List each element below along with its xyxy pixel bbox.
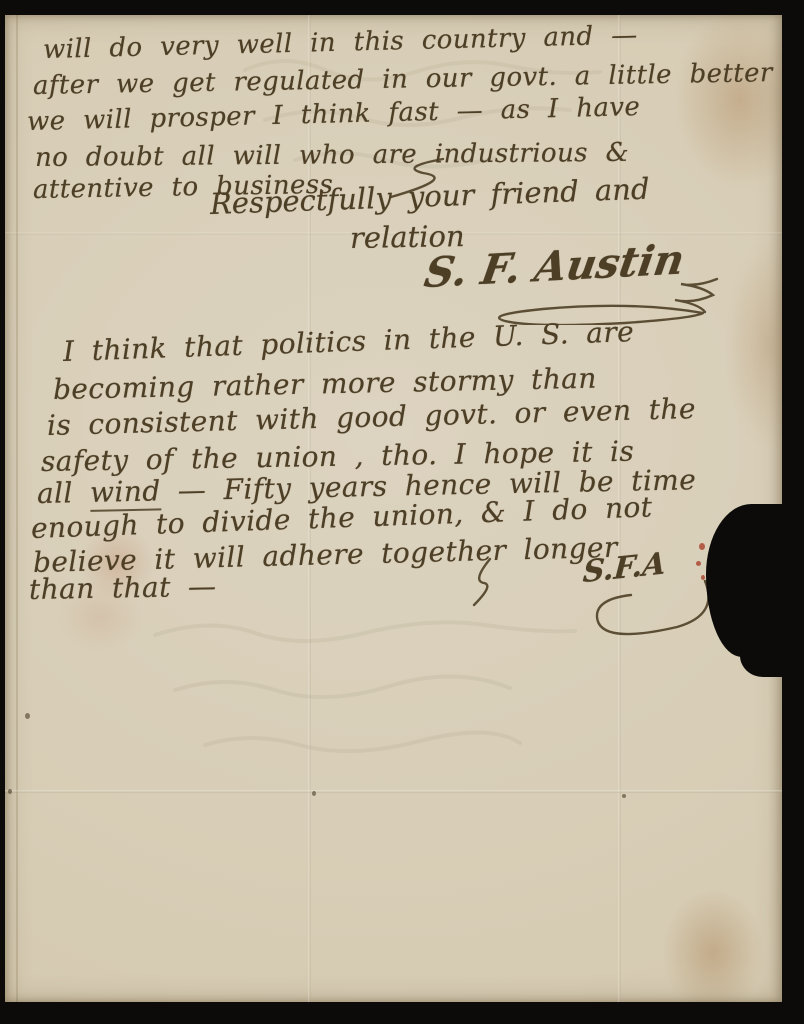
postscript-line: I think that politics in the U. S. are — [62, 315, 634, 368]
wax-residue-speck — [699, 543, 705, 550]
scanned-letter-page: { "page": { "colors": { "scan_background… — [0, 0, 804, 1024]
paper-speck — [622, 794, 626, 798]
horizontal-fold-crease-2 — [5, 790, 782, 793]
wax-residue-speck — [701, 575, 705, 580]
paper-speck — [25, 713, 30, 719]
postscript-text: all — [37, 476, 91, 510]
wax-residue-speck — [696, 561, 701, 566]
postscript-line: than that — — [29, 570, 217, 606]
initials-flourish — [593, 575, 713, 645]
paper-speck — [312, 791, 316, 796]
underlined-word: wind — [90, 474, 161, 511]
paper-speck — [8, 789, 12, 794]
letter-line: no doubt all will who are industrious & — [35, 138, 629, 173]
letter-paper: will do very well in this country and — … — [5, 15, 782, 1002]
left-edge-crease — [16, 15, 18, 1002]
pen-flourish-mid — [460, 555, 502, 607]
